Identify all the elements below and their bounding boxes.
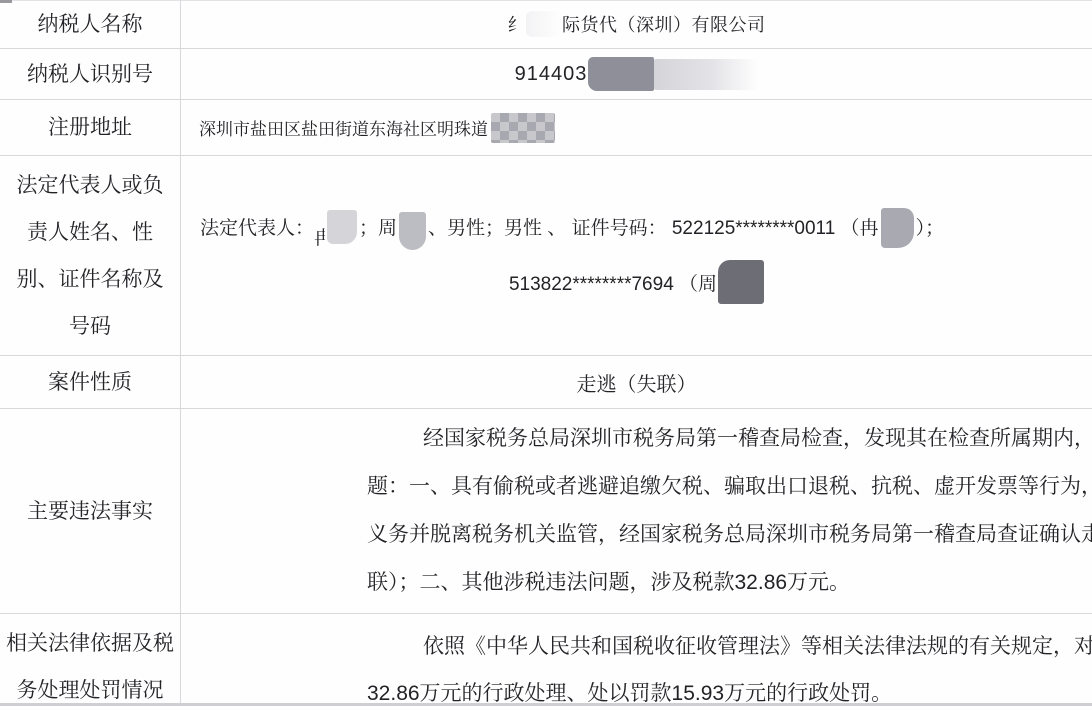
table-row-taxpayer-id: 纳税人识别号 914403 xyxy=(0,48,1092,99)
cell-main-illegal-facts: 经国家税务总局深圳市税务局第一稽查局检查，发现其在检查所属期内，主要存在以下问 … xyxy=(181,409,1092,613)
row-label-text: 注册地址 xyxy=(48,104,132,151)
paragraph-line: 义务并脱离税务机关监管，经国家税务总局深圳市税务局第一稽查局查证确认走逃（失 xyxy=(367,511,1052,559)
row-label-line: 责人姓名、性 xyxy=(27,209,153,256)
row-label-registered-address: 注册地址 xyxy=(0,100,180,155)
row-label-taxpayer-name: 纳税人名称 xyxy=(0,0,180,48)
cell-legal-basis-penalty: 依照《中华人民共和国税收征收管理法》等相关法律法规的有关规定，对其处以追缴税款 … xyxy=(181,614,1092,710)
partial-name-char: 冉 xyxy=(314,223,325,250)
table-row-case-nature: 案件性质 走逃（失联） xyxy=(0,355,1092,408)
paragraph-line: 经国家税务总局深圳市税务局第一稽查局检查，发现其在检查所属期内，主要存在以下问 xyxy=(367,415,1052,463)
column-divider xyxy=(180,0,181,703)
table-row-registered-address: 注册地址 深圳市盐田区盐田街道东海社区明珠道 xyxy=(0,99,1092,155)
illegal-facts-paragraph: 经国家税务总局深圳市税务局第一稽查局检查，发现其在检查所属期内，主要存在以下问 … xyxy=(367,415,1052,607)
row-label-text: 主要违法事实 xyxy=(27,488,153,535)
row-label-taxpayer-id: 纳税人识别号 xyxy=(0,49,180,99)
address-text: 深圳市盐田区盐田街道东海社区明珠道 xyxy=(199,115,488,140)
row-label-legal-basis-penalty: 相关法律依据及税 务处理处罚情况 xyxy=(0,614,180,710)
redaction-block xyxy=(588,57,654,91)
redaction-blob xyxy=(881,208,914,248)
cell-registered-address: 深圳市盐田区盐田街道东海社区明珠道 xyxy=(181,100,1092,155)
redaction-mosaic xyxy=(491,113,555,143)
redaction-blur xyxy=(526,11,562,37)
table-row-legal-representative: 法定代表人或负 责人姓名、性 别、证件名称及 号码 法定代表人：冉；周、男性；男… xyxy=(0,155,1092,355)
paragraph-line: 题：一、具有偷税或者逃避追缴欠税、骗取出口退税、抗税、虚开发票等行为，不履行税收 xyxy=(367,463,1052,511)
paragraph-line: 依照《中华人民共和国税收征收管理法》等相关法律法规的有关规定，对其处以追缴税款 xyxy=(367,623,1052,670)
redaction-blob xyxy=(327,210,357,244)
legal-rep-details: 、男性；男性 、 证件号码： 522125********0011 （冉 xyxy=(428,218,879,239)
company-name-prefix: 纟 xyxy=(508,11,527,37)
row-label-line: 号码 xyxy=(69,303,111,350)
table-row-legal-basis-penalty: 相关法律依据及税 务处理处罚情况 依照《中华人民共和国税收征收管理法》等相关法律… xyxy=(0,613,1092,710)
redaction-blur xyxy=(654,59,758,90)
legal-rep-separator: ；周 xyxy=(359,218,397,239)
row-label-case-nature: 案件性质 xyxy=(0,356,180,408)
legal-rep-label: 法定代表人： xyxy=(200,218,314,239)
legal-rep-line-end: ）； xyxy=(916,218,945,239)
redaction-blob xyxy=(399,212,426,250)
table-row-main-illegal-facts: 主要违法事实 经国家税务总局深圳市税务局第一稽查局检查，发现其在检查所属期内，主… xyxy=(0,408,1092,613)
row-label-text: 案件性质 xyxy=(48,359,132,406)
redaction-block-dark xyxy=(718,260,764,304)
row-label-line: 相关法律依据及税 xyxy=(6,620,174,667)
row-label-main-illegal-facts: 主要违法事实 xyxy=(0,409,180,613)
company-name-text: 际货代（深圳）有限公司 xyxy=(562,11,766,37)
tax-case-document: 纳税人名称 纟 际货代（深圳）有限公司 纳税人识别号 914403 注册地址 xyxy=(0,0,1092,710)
taxpayer-id-digits: 914403 xyxy=(515,63,588,86)
table-row-taxpayer-name: 纳税人名称 纟 际货代（深圳）有限公司 xyxy=(0,0,1092,48)
second-id-number: 513822********7694 （周 xyxy=(509,274,717,295)
legal-rep-line-1: 法定代表人：冉；周、男性；男性 、 证件号码： 522125********00… xyxy=(200,208,944,250)
table-bottom-border xyxy=(0,703,1092,706)
row-label-line: 别、证件名称及 xyxy=(17,256,164,303)
row-label-legal-representative: 法定代表人或负 责人姓名、性 别、证件名称及 号码 xyxy=(0,156,180,355)
legal-rep-line-2: 513822********7694 （周 xyxy=(181,260,1092,304)
cell-case-nature: 走逃（失联） xyxy=(181,356,1092,408)
cell-taxpayer-id: 914403 xyxy=(181,49,1092,99)
cell-legal-representative: 法定代表人：冉；周、男性；男性 、 证件号码： 522125********00… xyxy=(181,156,1092,355)
row-label-text: 纳税人识别号 xyxy=(27,51,153,98)
paragraph-line: 联）；二、其他涉税违法问题，涉及税款32.86万元。 xyxy=(367,559,1052,607)
row-label-text: 纳税人名称 xyxy=(38,1,143,48)
cell-taxpayer-name: 纟 际货代（深圳）有限公司 xyxy=(181,0,1092,48)
case-nature-value: 走逃（失联） xyxy=(577,368,697,397)
penalty-paragraph: 依照《中华人民共和国税收征收管理法》等相关法律法规的有关规定，对其处以追缴税款 … xyxy=(367,623,1052,710)
row-label-line: 法定代表人或负 xyxy=(17,162,164,209)
